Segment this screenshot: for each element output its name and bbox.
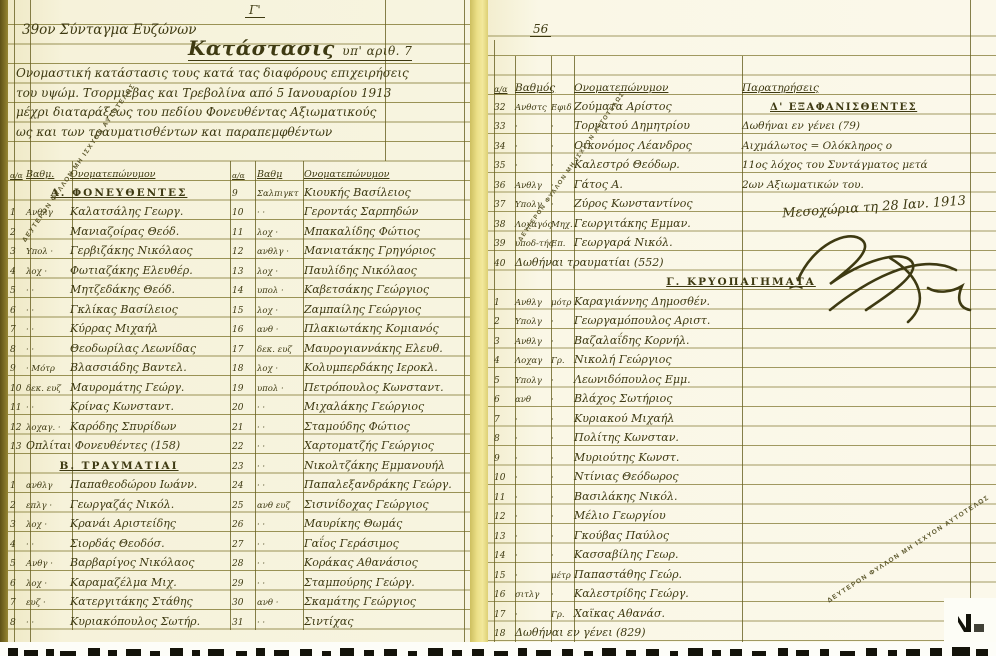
rank: ανθ (515, 395, 551, 405)
row-number: 34 (494, 142, 515, 152)
row-number: 8 (10, 345, 26, 355)
rank-ditto: · (551, 512, 574, 522)
rank: · · (257, 442, 304, 452)
rank: · · (257, 208, 304, 218)
full-name: Νικολτζάκης Εμμανουήλ (304, 459, 460, 472)
rank-ditto: Μηχ. (551, 220, 574, 230)
row-number: 2 (494, 317, 515, 327)
full-name: Καραγιάννης Δημοσθέν. (574, 295, 742, 308)
table-row: 10δεκ. ευζΜαυρομάτης Γεώργ. (10, 376, 228, 396)
rank-ditto: · (551, 551, 574, 561)
row-number: 38 (494, 220, 515, 230)
row-number: 11 (232, 228, 257, 238)
table-row: 33··Τορνατού ΔημητρίουΔωθήναι εν γένει (… (494, 115, 988, 135)
rank-ditto: · (551, 200, 574, 210)
page-edge-rule (464, 0, 465, 642)
row-number: 5 (10, 286, 26, 296)
full-name: Βλάχος Σωτήριος (574, 392, 742, 405)
rank: · (515, 454, 551, 464)
full-name: Κοράκας Αθανάσιος (304, 556, 460, 569)
intro-line: του υψώμ. Τσορμιεβας και Τρεβολίνα από 5… (16, 84, 409, 104)
title-main: Κατάστασις (188, 36, 335, 60)
rank: λοχ · (257, 364, 304, 374)
table-row: 12λοχαγ. ·Καρόδης Σπυρίδων (10, 415, 228, 435)
row-number: 26 (232, 520, 257, 530)
full-name: Γεωργαρά Νικόλ. (574, 236, 742, 249)
full-name: Σταμπούρης Γεώργ. (304, 576, 460, 589)
table-row: 15λοχ ·Ζαμπαίλης Γεώργιος (232, 298, 460, 318)
summary-entry: Δωθήναι τραυματίαι (552) (515, 256, 664, 269)
full-name: Γεωργαμόπουλος Αριστ. (574, 314, 742, 327)
rank-ditto: · (551, 454, 574, 464)
full-name: Κυριακόπουλος Σωτήρ. (70, 615, 228, 628)
row-number: 12 (10, 423, 26, 433)
full-name: Γεωργιτάκης Εμμαν. (574, 217, 742, 230)
rank-ditto: · (551, 415, 574, 425)
rank: · (515, 532, 551, 542)
rank: λοχ · (257, 267, 304, 277)
row-number: 27 (232, 540, 257, 550)
full-name: Κρανάι Αριστείδης (70, 517, 228, 530)
full-name: Οικονόμος Λέανδρος (574, 139, 742, 152)
full-name: Κασσαβίλης Γεωρ. (574, 548, 742, 561)
table-row: 1ανθλγΠαπαθεοδώρου Ιωάνν. (10, 474, 228, 494)
rank: επλγ · (26, 501, 70, 511)
rank: υπολ · (257, 384, 304, 394)
table-row: 8··Πολίτης Κωνσταν. (494, 427, 988, 447)
observation: 11ος λόχος του Συντάγματος μετά (742, 159, 988, 171)
table-row: 7··Κυριακού Μιχαήλ (494, 407, 988, 427)
rank: λοχ · (257, 228, 304, 238)
table-header-right: α/α Βαθμ Ονοματεπώνυμον (232, 162, 460, 180)
rank: · (515, 161, 551, 171)
col-header-name: Ονοματεπώνυμον (574, 82, 742, 94)
full-name: Κύρρας Μιχαήλ (70, 322, 228, 335)
rank: Ανθστς (515, 103, 551, 113)
table-row: 31· ·Σιντίχας (232, 610, 460, 630)
full-name: Σισινίδοχας Γεώργιος (304, 498, 460, 511)
table-header: α/α Βαθμός Ονοματεπώνυμον Παρατηρήσεις (494, 58, 988, 94)
rank: Λοχαγ (515, 356, 551, 366)
full-name: Μυριούτης Κωνστ. (574, 451, 742, 464)
row-number: 6 (10, 579, 26, 589)
row-number: 22 (232, 442, 257, 452)
cropped-caption-text (0, 642, 996, 656)
row-number: 9 (232, 189, 257, 199)
full-name: Μανιατάκης Γρηγόριος (304, 244, 460, 257)
table-row: 2· ·Μανιαζοίρας Θεόδ. (10, 220, 228, 240)
row-number: 4 (10, 267, 26, 277)
full-name: Σιντίχας (304, 615, 460, 628)
rank-ditto: · (551, 317, 574, 327)
rank-ditto: Γρ. (551, 610, 574, 620)
row-number: 13 (232, 267, 257, 277)
row-number: 1 (10, 208, 26, 218)
full-name: Ντίνιας Θεόδωρος (574, 470, 742, 483)
rank: Ανθλγ (515, 181, 551, 191)
full-name: Μαυρομάτης Γεώργ. (70, 381, 228, 394)
rank: δεκ. ευζ (257, 345, 304, 355)
row-number: 7 (10, 598, 26, 608)
full-name: Παυλίδης Νικόλαος (304, 264, 460, 277)
col-header-name: Ονοματεπώνυμον (304, 169, 460, 180)
row-number: 18 (494, 629, 515, 639)
title-suffix: υπ' αριθ. 7 (342, 44, 412, 58)
row-number: 11 (494, 493, 515, 503)
rank: υπολ · (257, 286, 304, 296)
row-number: 3 (10, 247, 26, 257)
rank: λοχαγ. · (26, 423, 70, 433)
rank: · (515, 571, 551, 581)
full-name: Βαζαλαΐδης Κορνήλ. (574, 334, 742, 347)
table-row: 26· ·Μαυρίκης Θωμάς (232, 513, 460, 533)
row-number: 39 (494, 239, 515, 249)
rank: · (515, 473, 551, 483)
rank: ανθ · (257, 325, 304, 335)
casualty-table-right-half: 9ΣαλπιγκτΚιουκής Βασίλειος10· ·Γεροντάς … (232, 181, 460, 630)
rank: · · (257, 462, 304, 472)
full-name: Σκαμάτης Γεώργιος (304, 595, 460, 608)
full-name: Σιορδάς Θεοδόσ. (70, 537, 228, 550)
table-row: 9· ΜότρΒλασσιάδης Βαντελ. (10, 357, 228, 377)
full-name: Γκλίκας Βασίλειος (70, 303, 228, 316)
rank: · · (257, 520, 304, 530)
rank: · · (26, 345, 70, 355)
row-number: 16 (232, 325, 257, 335)
row-number: 17 (232, 345, 257, 355)
intro-line: μέχρι διαταράξεως του πεδίου Φονευθέντας… (16, 103, 409, 123)
rank: · · (257, 423, 304, 433)
rank: · · (257, 618, 304, 628)
table-row: 11λοχ ·Μπακαλίδης Φώτιος (232, 220, 460, 240)
full-name: Λεωνιδόπουλος Εμμ. (574, 373, 742, 386)
table-row: 6λοχ ·Καραμαζέλμα Μιχ. (10, 571, 228, 591)
rank: λοχ · (257, 306, 304, 316)
table-row: 18λοχ ·Κολυμπερδάκης Ιεροκλ. (232, 357, 460, 377)
row-number: 12 (232, 247, 257, 257)
rank: ανθλγ (26, 481, 70, 491)
col-header-name: Ονοματεπώνυμον (70, 169, 230, 180)
full-name: Καρόδης Σπυρίδων (70, 420, 228, 433)
table-row: 11··Βασιλάκης Νικόλ. (494, 485, 988, 505)
table-row: 12··Μέλιο Γεωργίου (494, 505, 988, 525)
full-name: Φωτιαζάκης Ελευθέρ. (70, 264, 228, 277)
full-name: Ζούματα Αρίστος (574, 100, 742, 113)
rank-ditto: μότρ (551, 298, 574, 308)
col-header-observations: Παρατηρήσεις (742, 82, 988, 94)
scan-corner-patch (944, 598, 996, 642)
rank-ditto: · (551, 493, 574, 503)
table-header-left: α/α Βαθμ. Ονοματεπώνυμον (10, 162, 230, 180)
full-name: Πετρόπουλος Κωνσταντ. (304, 381, 460, 394)
row-number: 6 (10, 306, 26, 316)
rank: ανθ ευζ (257, 501, 304, 511)
table-row: 22· ·Χαρτοματζής Γεώργιος (232, 435, 460, 455)
table-row: 11· ·Κρίνας Κωνσταντ. (10, 396, 228, 416)
row-number: 40 (494, 259, 515, 269)
summary-entry: Δωθήναι εν γένει (829) (515, 626, 646, 639)
row-number: 24 (232, 481, 257, 491)
table-row: 3λοχ ·Κρανάι Αριστείδης (10, 513, 228, 533)
row-number: 8 (494, 434, 515, 444)
table-row: 28· ·Κοράκας Αθανάσιος (232, 552, 460, 572)
row-number: 9 (10, 364, 26, 374)
table-row: 10··Ντίνιας Θεόδωρος (494, 466, 988, 486)
rank-ditto: · (551, 395, 574, 405)
rank: · (515, 122, 551, 132)
table-row: 24· ·Παπαλεξανδράκης Γεώργ. (232, 474, 460, 494)
rank: ανθ · (257, 598, 304, 608)
table-row: 23· ·Νικολτζάκης Εμμανουήλ (232, 454, 460, 474)
full-name: Γερβιζάκης Νικόλαος (70, 244, 228, 257)
row-number: 2 (10, 501, 26, 511)
table-row: 6· ·Γκλίκας Βασίλειος (10, 298, 228, 318)
row-number: 17 (494, 610, 515, 620)
rank: · (515, 610, 551, 620)
full-name: Παπαστάθης Γεώρ. (574, 568, 742, 581)
full-name: Καραμαζέλμα Μιχ. (70, 576, 228, 589)
row-number: 15 (232, 306, 257, 316)
full-name: Ζύρος Κωνσταντίνος (574, 197, 742, 210)
summary-entry: Οπλίται Φονευθέντες (158) (26, 439, 180, 452)
scanned-register-document: Γ' 39ον Σύνταγμα Ευζώνων Κατάστασις υπ' … (0, 0, 996, 656)
full-name: Μέλιο Γεωργίου (574, 509, 742, 522)
section-header-row: Α. ΦΟΝΕΥΘΕΝΤΕΣ (10, 181, 228, 201)
rank: δεκ. ευζ (26, 384, 70, 394)
table-row: 4λοχ ·Φωτιαζάκης Ελευθέρ. (10, 259, 228, 279)
rank: · (515, 493, 551, 503)
full-name: Πλακιωτάκης Κομιανός (304, 322, 460, 335)
table-row: 8· ·Κυριακόπουλος Σωτήρ. (10, 610, 228, 630)
row-number: 23 (232, 462, 257, 472)
table-row: 32ΑνθστςΕφιδΖούματα ΑρίστοςΔ' ΕΞΑΦΑΝΙΣΘΕ… (494, 95, 988, 115)
full-name: Θεοδωρίλας Λεωνίδας (70, 342, 228, 355)
observation: Αιχμάλωτος = Ολόκληρος ο (742, 140, 988, 152)
table-row: 21· ·Σταμούδης Φώτιος (232, 415, 460, 435)
section-header-row: Β. ΤΡΑΥΜΑΤΙΑΙ (10, 454, 228, 474)
row-number: 29 (232, 579, 257, 589)
table-row: 34··Οικονόμος ΛέανδροςΑιχμάλωτος = Ολόκλ… (494, 134, 988, 154)
table-row: 20· ·Μιχαλάκης Γεώργιος (232, 396, 460, 416)
table-row: 17·Γρ.Χαϊκας Αθανάσ. (494, 602, 988, 622)
full-name: Παπαλεξανδράκης Γεώργ. (304, 478, 460, 491)
table-row: 7ευζ ·Κατεργιτάκης Στάθης (10, 591, 228, 611)
rank: · · (26, 286, 70, 296)
intro-paragraph: Ονομαστική κατάστασις τους κατά τας διαφ… (16, 64, 409, 142)
full-name: Νικολή Γεώργιος (574, 353, 742, 366)
full-name: Πολίτης Κωνσταν. (574, 431, 742, 444)
casualty-table-left-half: Α. ΦΟΝΕΥΘΕΝΤΕΣ1ΑνθλγΚαλατσάλης Γεωργ.2· … (10, 181, 228, 630)
table-row: 16ανθ ·Πλακιωτάκης Κομιανός (232, 318, 460, 338)
intro-line: ως και των τραυματισθέντων και παραπεμφθ… (16, 123, 409, 143)
rank-ditto: μέτρ (551, 571, 574, 581)
rank: · · (257, 559, 304, 569)
rank: · · (26, 540, 70, 550)
row-number: 12 (494, 512, 515, 522)
col-header-aa: α/α (10, 171, 26, 180)
full-name: Μανιαζοίρας Θεόδ. (70, 225, 228, 238)
row-number: 13 (10, 442, 26, 452)
unit-title: 39ον Σύνταγμα Ευζώνων (22, 22, 196, 38)
page-gutter (470, 0, 488, 656)
rank: · (515, 551, 551, 561)
intro-line: Ονομαστική κατάστασις τους κατά τας διαφ… (16, 64, 409, 84)
rank: · · (26, 618, 70, 628)
signature-scribble (770, 218, 980, 338)
row-number: 10 (494, 473, 515, 483)
full-name: Γαΐος Γεράσιμος (304, 537, 460, 550)
full-name: Κρίνας Κωνσταντ. (70, 400, 228, 413)
rank-ditto: · (551, 337, 574, 347)
full-name: Γκούβας Παύλος (574, 529, 742, 542)
row-number: 5 (494, 376, 515, 386)
table-row: 5Υπολγ·Λεωνιδόπουλος Εμμ. (494, 368, 988, 388)
full-name: Κολυμπερδάκης Ιεροκλ. (304, 361, 460, 374)
row-number: 11 (10, 403, 26, 413)
rank: · · (257, 540, 304, 550)
row-number: 18 (232, 364, 257, 374)
table-row: 13λοχ ·Παυλίδης Νικόλαος (232, 259, 460, 279)
row-number: 3 (10, 520, 26, 530)
table-row: 19υπολ ·Πετρόπουλος Κωνσταντ. (232, 376, 460, 396)
full-name: Μαυρογιαννάκης Ελευθ. (304, 342, 460, 355)
corner-ink-mark (944, 598, 996, 642)
row-number: 20 (232, 403, 257, 413)
rank: σιτλγ (515, 590, 551, 600)
full-name: Καλεστρό Θεόδωρ. (574, 158, 742, 171)
rank-ditto: · (551, 142, 574, 152)
rank: ανθλγ · (257, 247, 304, 257)
row-number: 4 (494, 356, 515, 366)
rank: λοχ · (26, 267, 70, 277)
page-number: 56 (530, 22, 551, 37)
section-label: Α. ΦΟΝΕΥΘΕΝΤΕΣ (10, 187, 228, 199)
rank: Υπολ · (26, 247, 70, 257)
row-number: 15 (494, 571, 515, 581)
rank: · · (26, 306, 70, 316)
rank: · · (26, 325, 70, 335)
table-row: 8· ·Θεοδωρίλας Λεωνίδας (10, 337, 228, 357)
rank: Υπολγ (515, 317, 551, 327)
row-number: 14 (232, 286, 257, 296)
row-number: 7 (494, 415, 515, 425)
full-name: Βαρβαρίγος Νικόλαος (70, 556, 228, 569)
table-row: 12ανθλγ ·Μανιατάκης Γρηγόριος (232, 240, 460, 260)
row-number: 1 (494, 298, 515, 308)
rank: · · (257, 481, 304, 491)
rank: · · (257, 403, 304, 413)
row-number: 21 (232, 423, 257, 433)
full-name: Γεωργαζάς Νικόλ. (70, 498, 228, 511)
col-header-rank: Βαθμός (515, 82, 574, 94)
table-row: 4· ·Σιορδάς Θεοδόσ. (10, 532, 228, 552)
rank: · (515, 142, 551, 152)
row-number: 37 (494, 200, 515, 210)
row-number: 9 (494, 454, 515, 464)
row-number: 31 (232, 618, 257, 628)
table-row: 18Δωθήναι εν γένει (829) (494, 622, 988, 642)
table-row: 15·μέτρΠαπαστάθης Γεώρ. (494, 563, 988, 583)
row-number: 25 (232, 501, 257, 511)
table-row: 2επλγ ·Γεωργαζάς Νικόλ. (10, 493, 228, 513)
full-name: Βλασσιάδης Βαντελ. (70, 361, 228, 374)
observation: 2ων Αξιωματικών του. (742, 179, 988, 191)
row-number: 35 (494, 161, 515, 171)
row-number: 32 (494, 103, 515, 113)
row-number: 36 (494, 181, 515, 191)
row-number: 6 (494, 395, 515, 405)
table-row: 14υπολ ·Καβετσάκης Γεώργιος (232, 279, 460, 299)
rank: λοχ · (26, 579, 70, 589)
row-number: 13 (494, 532, 515, 542)
rank-ditto: · (551, 590, 574, 600)
full-name: Καλατσάλης Γεωργ. (70, 205, 228, 218)
table-row: 17δεκ. ευζΜαυρογιαννάκης Ελευθ. (232, 337, 460, 357)
full-name: Γεροντάς Σαρπηδών (304, 205, 460, 218)
col-header-rank: Βαθμ (257, 169, 304, 180)
full-name: Μπακαλίδης Φώτιος (304, 225, 460, 238)
row-number: 19 (232, 384, 257, 394)
row-number: 10 (10, 384, 26, 394)
rank-ditto: · (551, 473, 574, 483)
full-name: Κιουκής Βασίλειος (304, 186, 460, 199)
row-number: 28 (232, 559, 257, 569)
full-name: Καβετσάκης Γεώργιος (304, 283, 460, 296)
table-row: 3Υπολ ·Γερβιζάκης Νικόλαος (10, 240, 228, 260)
table-row: 27· ·Γαΐος Γεράσιμος (232, 532, 460, 552)
row-number: 8 (10, 618, 26, 628)
table-row: 13Οπλίται Φονευθέντες (158) (10, 435, 228, 455)
full-name: Καλεστρίδης Γεώργ. (574, 587, 742, 600)
row-number: 5 (10, 559, 26, 569)
rank-ditto: · (551, 532, 574, 542)
full-name: Χαϊκας Αθανάσ. (574, 607, 742, 620)
observation: Δωθήναι εν γένει (79) (742, 120, 988, 132)
table-row: 4ΛοχαγΓρ.Νικολή Γεώργιος (494, 349, 988, 369)
full-name: Γάτος Α. (574, 178, 742, 191)
rank: · Μότρ (26, 364, 70, 374)
table-row: 9ΣαλπιγκτΚιουκής Βασίλειος (232, 181, 460, 201)
full-name: Βασιλάκης Νικόλ. (574, 490, 742, 503)
full-name: Χαρτοματζής Γεώργιος (304, 439, 460, 452)
row-number: 3 (494, 337, 515, 347)
row-number: 16 (494, 590, 515, 600)
table-row: 29· ·Σταμπούρης Γεώργ. (232, 571, 460, 591)
cropped-caption-strip (0, 642, 996, 656)
table-row: 16σιτλγ·Καλεστρίδης Γεώργ. (494, 583, 988, 603)
rank: Σαλπιγκτ (257, 189, 304, 199)
full-name: Κυριακού Μιχαήλ (574, 412, 742, 425)
rank-ditto: Γρ. (551, 356, 574, 366)
rank: · · (26, 403, 70, 413)
page-title: Κατάστασις υπ' αριθ. 7 (188, 36, 412, 61)
rank: · · (257, 579, 304, 589)
rank: · (515, 415, 551, 425)
table-row: 6ανθ·Βλάχος Σωτήριος (494, 388, 988, 408)
full-name: Μαυρίκης Θωμάς (304, 517, 460, 530)
row-number: 14 (494, 551, 515, 561)
table-row: 5· ·Μητζεδάκης Θεόδ. (10, 279, 228, 299)
row-number: 10 (232, 208, 257, 218)
table-row: 7· ·Κύρρας Μιχαήλ (10, 318, 228, 338)
table-row: 10· ·Γεροντάς Σαρπηδών (232, 201, 460, 221)
table-row: 30ανθ ·Σκαμάτης Γεώργιος (232, 591, 460, 611)
row-number: 4 (10, 540, 26, 550)
full-name: Μιχαλάκης Γεώργιος (304, 400, 460, 413)
table-row: 5Ανθγ ·Βαρβαρίγος Νικόλαος (10, 552, 228, 572)
rank-ditto: · (551, 434, 574, 444)
rank-ditto: Επ. (551, 239, 574, 249)
